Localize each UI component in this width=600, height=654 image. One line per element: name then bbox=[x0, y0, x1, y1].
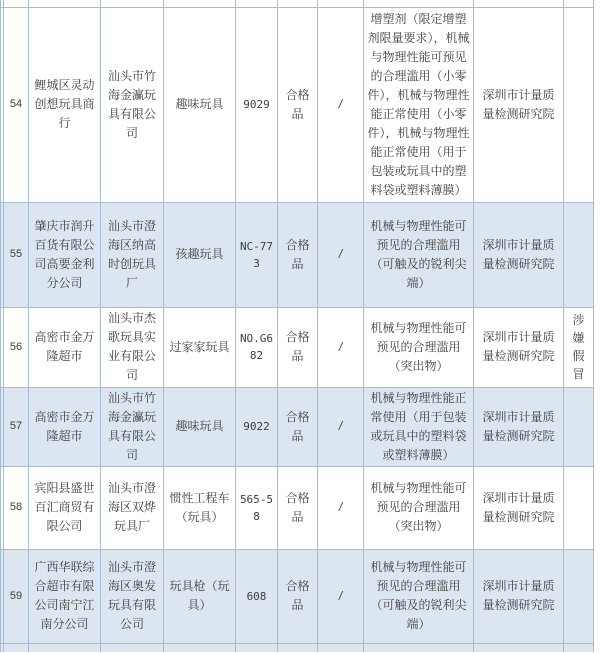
cell-remark bbox=[564, 549, 594, 643]
cell-model: 9029 bbox=[236, 7, 278, 202]
table-row: 55 肇庆市润升百货有限公司高要金利分公司 汕头市澄海区纳高时创玩具厂 孩趣玩具… bbox=[1, 202, 594, 307]
cell-model: NO.G682 bbox=[236, 307, 278, 387]
cell-manufacturer: 汕头市澄海区奥发玩具有限公司 bbox=[101, 549, 164, 643]
cell-model bbox=[236, 0, 278, 7]
cell-seller: 高密市金万隆超市 bbox=[29, 307, 101, 387]
cell-product: 趣味玩具 bbox=[164, 387, 236, 466]
cell-model: 565-58 bbox=[236, 466, 278, 549]
cell-product bbox=[164, 0, 236, 7]
cell-issue bbox=[364, 643, 474, 652]
cell-result: 合格品 bbox=[278, 202, 318, 307]
cell-agency: 深圳市计量质量检测研究院 bbox=[474, 7, 564, 202]
cell-issue: 机械与物理性能可预见的合理滥用（突出物） bbox=[364, 466, 474, 549]
cell-manufacturer: 汕头市竹海金灜玩具有限公司 bbox=[101, 387, 164, 466]
cell-agency: 深圳市计量质量检测研究院 bbox=[474, 549, 564, 643]
cell-model bbox=[236, 643, 278, 652]
cell-product: 趣味玩具 bbox=[164, 7, 236, 202]
table-row-partial-bottom bbox=[1, 643, 594, 652]
table-row-partial-top bbox=[1, 0, 594, 7]
cell-manufacturer: 汕头市杰歌玩具实业有限公司 bbox=[101, 307, 164, 387]
cell-remark bbox=[564, 466, 594, 549]
cell-issue: 机械与物理性能正常使用（用于包装或玩具中的塑料袋或塑料薄膜） bbox=[364, 387, 474, 466]
cell-seller: 高密市金万隆超市 bbox=[29, 387, 101, 466]
cell-product: 玩具枪（玩具） bbox=[164, 549, 236, 643]
cell-seq bbox=[4, 0, 29, 7]
cell-result bbox=[278, 643, 318, 652]
cell-seq: 57 bbox=[4, 387, 29, 466]
cell-remark bbox=[564, 7, 594, 202]
cell-slash: / bbox=[318, 549, 364, 643]
cell-slash bbox=[318, 643, 364, 652]
table-row: 57 高密市金万隆超市 汕头市竹海金灜玩具有限公司 趣味玩具 9022 合格品 … bbox=[1, 387, 594, 466]
table-row: 58 宾阳县盛世百汇商贸有限公司 汕头市澄海区双烨玩具厂 惯性工程车（玩具） 5… bbox=[1, 466, 594, 549]
table-row: 59 广西华联综合超市有限公司南宁江南分公司 汕头市澄海区奥发玩具有限公司 玩具… bbox=[1, 549, 594, 643]
cell-remark bbox=[564, 202, 594, 307]
cell-manufacturer: 汕头市竹海金灜玩具有限公司 bbox=[101, 7, 164, 202]
cell-manufacturer: 汕头市澄海区纳高时创玩具厂 bbox=[101, 202, 164, 307]
cell-slash: / bbox=[318, 387, 364, 466]
cell-slash bbox=[318, 0, 364, 7]
cell-model: NC-773 bbox=[236, 202, 278, 307]
cell-seller: 肇庆市润升百货有限公司高要金利分公司 bbox=[29, 202, 101, 307]
cell-result: 合格品 bbox=[278, 387, 318, 466]
cell-slash: / bbox=[318, 466, 364, 549]
cell-model: 9022 bbox=[236, 387, 278, 466]
cell-result: 合格品 bbox=[278, 549, 318, 643]
cell-agency bbox=[474, 0, 564, 7]
cell-agency: 深圳市计量质量检测研究院 bbox=[474, 202, 564, 307]
cell-product: 过家家玩具 bbox=[164, 307, 236, 387]
cell-slash: / bbox=[318, 202, 364, 307]
cell-seller: 宾阳县盛世百汇商贸有限公司 bbox=[29, 466, 101, 549]
remark-text: 涉嫌假冒 bbox=[572, 311, 585, 383]
cell-product: 孩趣玩具 bbox=[164, 202, 236, 307]
cell-product: 惯性工程车（玩具） bbox=[164, 466, 236, 549]
cell-agency: 深圳市计量质量检测研究院 bbox=[474, 307, 564, 387]
cell-remark: 涉嫌假冒 bbox=[564, 307, 594, 387]
cell-seller: 广西华联综合超市有限公司南宁江南分公司 bbox=[29, 549, 101, 643]
cell-remark bbox=[564, 643, 594, 652]
cell-agency: 深圳市计量质量检测研究院 bbox=[474, 387, 564, 466]
cell-seq: 55 bbox=[4, 202, 29, 307]
cell-manufacturer: 汕头市澄海区双烨玩具厂 bbox=[101, 466, 164, 549]
cell-result: 合格品 bbox=[278, 7, 318, 202]
cell-result: 合格品 bbox=[278, 307, 318, 387]
cell-seq: 58 bbox=[4, 466, 29, 549]
cell-seq: 54 bbox=[4, 7, 29, 202]
cell-seller: 鲤城区灵动创想玩具商行 bbox=[29, 7, 101, 202]
inspection-results-table: 54 鲤城区灵动创想玩具商行 汕头市竹海金灜玩具有限公司 趣味玩具 9029 合… bbox=[0, 0, 594, 652]
cell-agency: 深圳市计量质量检测研究院 bbox=[474, 466, 564, 549]
cell-remark bbox=[564, 387, 594, 466]
table-row: 54 鲤城区灵动创想玩具商行 汕头市竹海金灜玩具有限公司 趣味玩具 9029 合… bbox=[1, 7, 594, 202]
table-row: 56 高密市金万隆超市 汕头市杰歌玩具实业有限公司 过家家玩具 NO.G682 … bbox=[1, 307, 594, 387]
cell-issue: 增塑剂（限定增塑剂限量要求），机械与物理性能可预见的合理滥用（小零件），机械与物… bbox=[364, 7, 474, 202]
cell-slash: / bbox=[318, 7, 364, 202]
cell-seller bbox=[29, 0, 101, 7]
cell-result bbox=[278, 0, 318, 7]
cell-manufacturer bbox=[101, 0, 164, 7]
cell-slash: / bbox=[318, 307, 364, 387]
cell-manufacturer bbox=[101, 643, 164, 652]
cell-result: 合格品 bbox=[278, 466, 318, 549]
cell-issue: 机械与物理性能可预见的合理滥用（突出物） bbox=[364, 307, 474, 387]
cell-seq bbox=[4, 643, 29, 652]
cell-issue: 机械与物理性能可预见的合理滥用（可触及的锐利尖端） bbox=[364, 549, 474, 643]
cell-remark bbox=[564, 0, 594, 7]
cell-agency bbox=[474, 643, 564, 652]
cell-issue bbox=[364, 0, 474, 7]
cell-seq: 59 bbox=[4, 549, 29, 643]
cell-model: 608 bbox=[236, 549, 278, 643]
cell-seller bbox=[29, 643, 101, 652]
cell-seq: 56 bbox=[4, 307, 29, 387]
cell-product bbox=[164, 643, 236, 652]
cell-issue: 机械与物理性能可预见的合理滥用（可触及的锐利尖端） bbox=[364, 202, 474, 307]
